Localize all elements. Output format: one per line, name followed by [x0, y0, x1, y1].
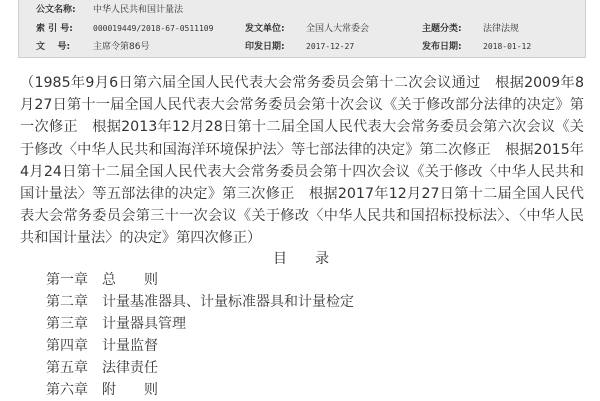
toc-chapter-number: 第一章 — [46, 269, 102, 291]
toc-chapter-number: 第四章 — [46, 335, 102, 357]
title-value: 中华人民共和国计量法 — [93, 1, 183, 19]
pubdate-value: 2018-01-12 — [483, 38, 531, 56]
toc-title: 目录 — [273, 248, 357, 268]
meta-row-docno: 文 号: 主席令第86号 印发日期: 2017-12-27 发布日期: 2018… — [19, 38, 585, 56]
toc-chapter-name: 计量监督 — [102, 338, 158, 354]
toc-chapter-name: 计量基准器具、计量标准器具和计量检定 — [102, 294, 354, 310]
toc-chapter-number: 第六章 — [46, 379, 102, 401]
toc-chapter-name: 法律责任 — [102, 360, 158, 376]
issuer-label: 发文单位: — [245, 20, 285, 38]
docno-label: 文 号: — [36, 38, 70, 56]
toc-chapter-name: 总 则 — [102, 272, 158, 288]
table-of-contents: 第一章总 则 第二章计量基准器具、计量标准器具和计量检定 第三章计量器具管理 第… — [46, 269, 354, 401]
pubdate-label: 发布日期: — [422, 38, 462, 56]
toc-chapter-number: 第五章 — [46, 357, 102, 379]
title-label: 公文名称: — [36, 1, 76, 19]
index-label: 索 引 号: — [36, 20, 73, 38]
issuer-value: 全国人大常委会 — [306, 20, 369, 38]
meta-row-index: 索 引 号: 000019449/2018-67-0511109 发文单位: 全… — [19, 20, 585, 38]
document-metadata-table: 公文名称: 中华人民共和国计量法 索 引 号: 000019449/2018-6… — [18, 0, 586, 58]
category-label: 主题分类: — [422, 20, 462, 38]
meta-row-title: 公文名称: 中华人民共和国计量法 — [19, 1, 585, 19]
docno-value: 主席令第86号 — [93, 38, 149, 56]
toc-item-6[interactable]: 第六章附 则 — [46, 379, 354, 401]
amendment-history-paragraph: （1985年9月6日第六届全国人民代表大会常务委员会第十二次会议通过 根据200… — [20, 72, 584, 250]
toc-item-4[interactable]: 第四章计量监督 — [46, 335, 354, 357]
printdate-label: 印发日期: — [245, 38, 285, 56]
toc-item-2[interactable]: 第二章计量基准器具、计量标准器具和计量检定 — [46, 291, 354, 313]
category-value: 法律法规 — [483, 20, 519, 38]
toc-item-5[interactable]: 第五章法律责任 — [46, 357, 354, 379]
toc-chapter-name: 计量器具管理 — [102, 316, 186, 332]
index-value: 000019449/2018-67-0511109 — [93, 20, 213, 38]
toc-chapter-number: 第三章 — [46, 313, 102, 335]
toc-chapter-number: 第二章 — [46, 291, 102, 313]
printdate-value: 2017-12-27 — [306, 38, 354, 56]
toc-chapter-name: 附 则 — [102, 382, 158, 398]
toc-item-3[interactable]: 第三章计量器具管理 — [46, 313, 354, 335]
toc-item-1[interactable]: 第一章总 则 — [46, 269, 354, 291]
